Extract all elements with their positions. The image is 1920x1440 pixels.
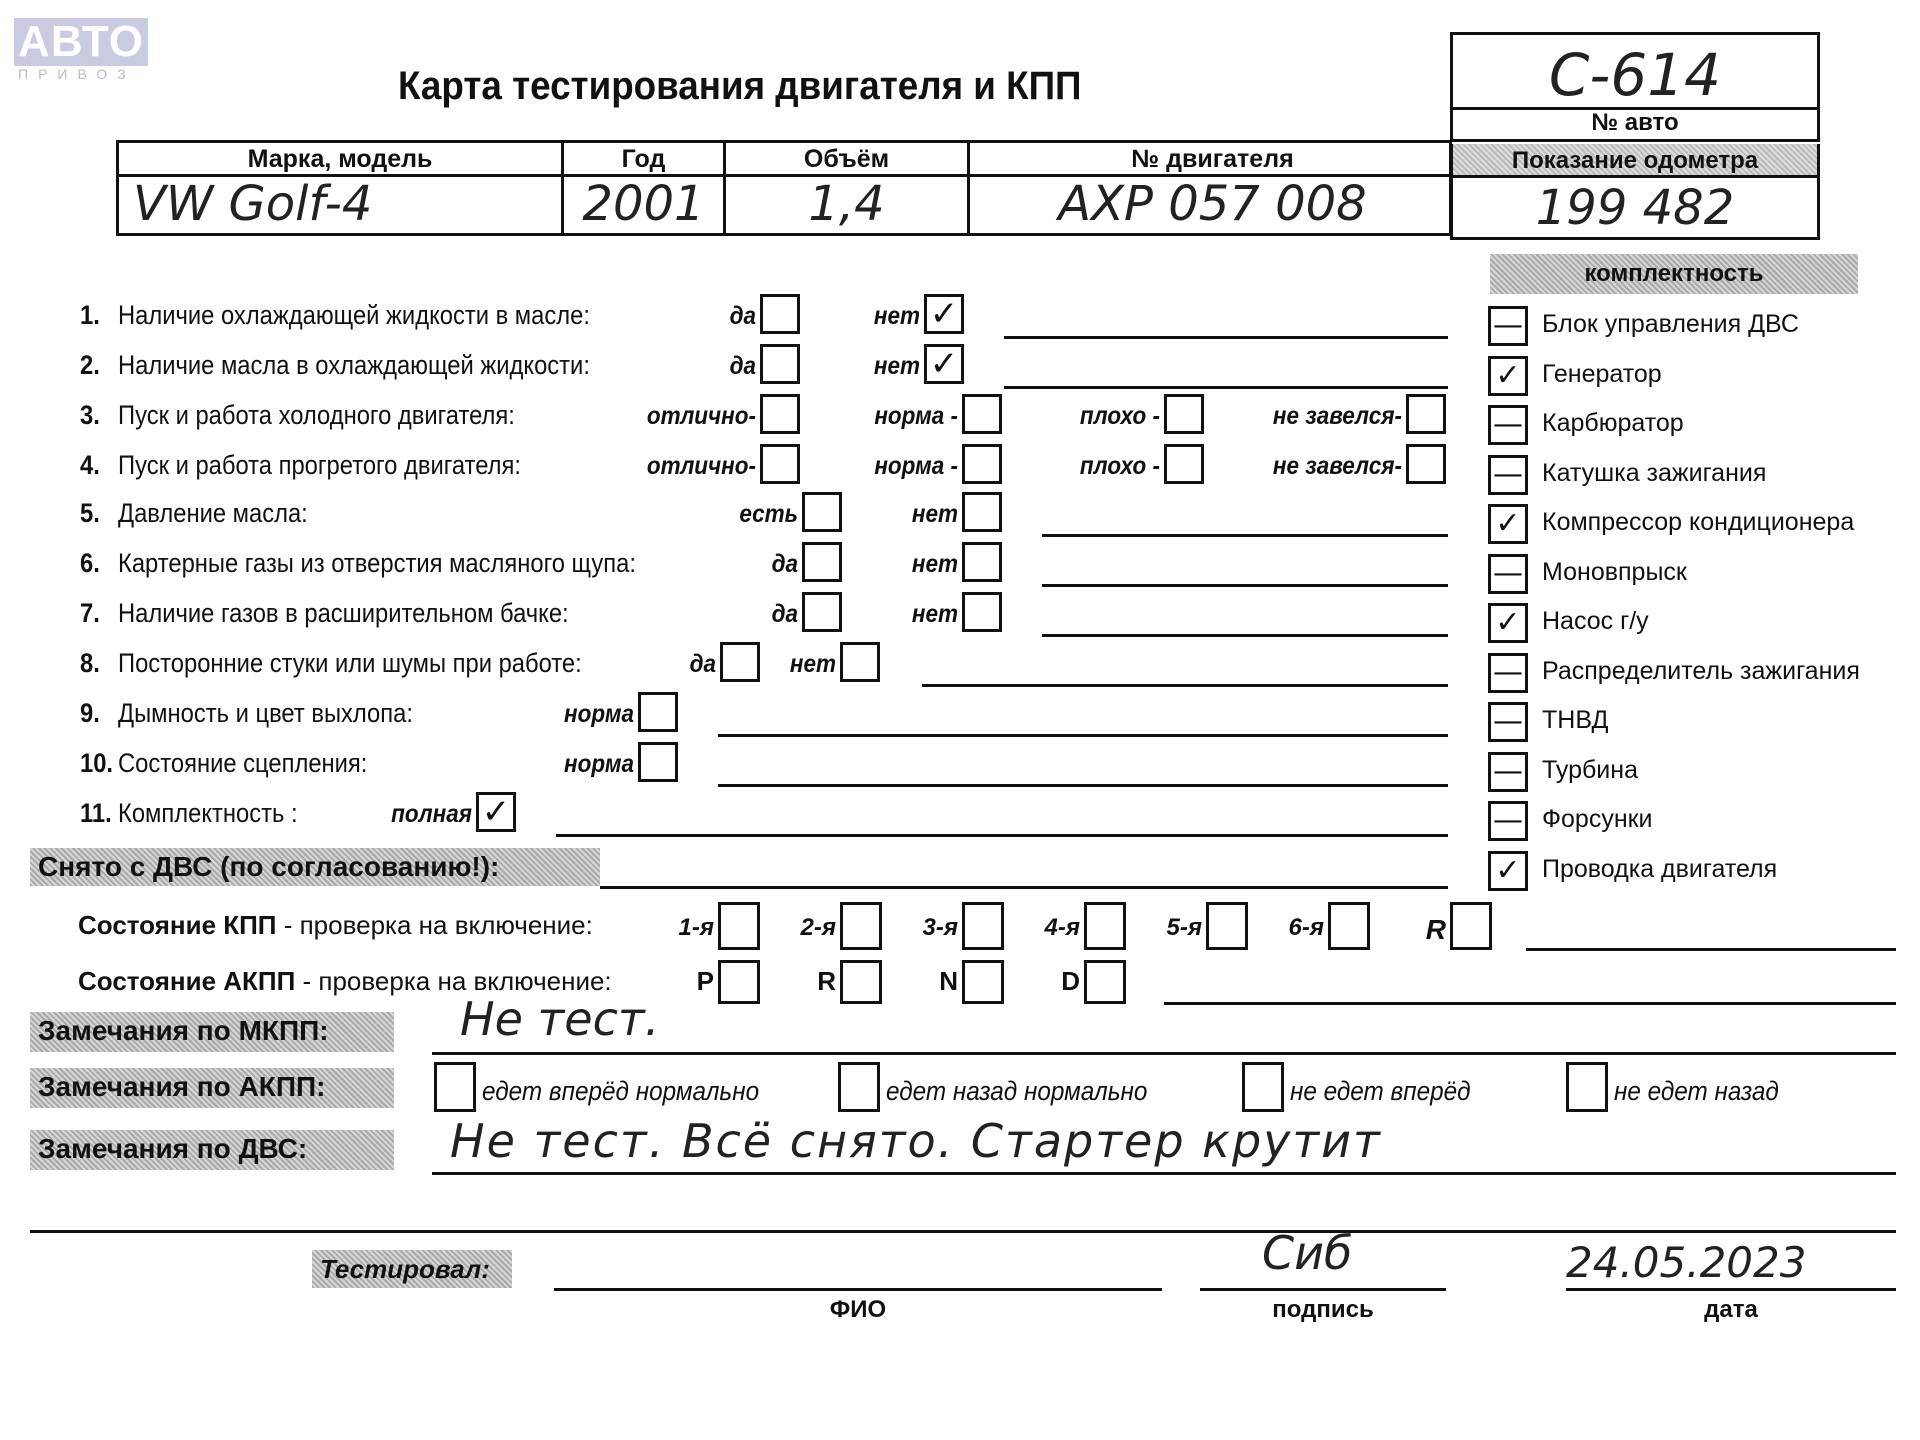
option-label: нет (744, 352, 920, 381)
akpp-remark-label: не едет вперёд (1290, 1076, 1471, 1107)
akpp-remark-label: едет назад нормально (886, 1076, 1147, 1107)
option-label: отлично- (580, 402, 756, 431)
header-volume: Объём (726, 143, 967, 175)
kpp-gear-checkbox[interactable] (1328, 902, 1370, 950)
kpp-gear-checkbox[interactable] (1084, 902, 1126, 950)
value-engine-number[interactable]: AXP 057 008 (970, 175, 1455, 233)
akpp-remark-checkbox[interactable] (1566, 1062, 1608, 1112)
kit-checkbox-dash[interactable]: — (1488, 653, 1528, 693)
question-text: Наличие газов в расширительном бачке: (118, 598, 569, 629)
kit-checkbox-checked[interactable]: ✓ (1488, 356, 1528, 396)
remarks-dvs-line (432, 1172, 1896, 1175)
kpp-notes-field[interactable] (1526, 948, 1896, 951)
checkbox[interactable] (638, 692, 678, 732)
signature-field (1200, 1288, 1446, 1291)
kit-item-label: ТНВД (1542, 706, 1608, 735)
question-text: Посторонние стуки или шумы при работе: (118, 648, 582, 679)
notes-line[interactable] (1042, 584, 1448, 587)
question-text: Пуск и работа прогретого двигателя: (118, 450, 521, 481)
odometer-label: Показание одометра (1450, 144, 1820, 178)
date-field (1566, 1288, 1896, 1291)
akpp-gear-label: R (800, 966, 836, 997)
checkbox[interactable] (962, 492, 1002, 532)
notes-line[interactable] (556, 834, 1448, 837)
kpp-label: Состояние КПП - проверка на включение: (78, 910, 593, 941)
kit-checkbox-checked[interactable]: ✓ (1488, 851, 1528, 891)
remarks-mkpp-label: Замечания по МКПП: (30, 1012, 394, 1052)
option-label: плохо - (984, 402, 1160, 431)
akpp-remark-checkbox[interactable] (838, 1062, 880, 1112)
question-text: Наличие масла в охлаждающей жидкости: (118, 350, 590, 381)
akpp-notes-field[interactable] (1164, 1002, 1896, 1005)
kit-checkbox-checked[interactable]: ✓ (1488, 603, 1528, 643)
question-text: Пуск и работа холодного двигателя: (118, 400, 515, 431)
col-make-model: Марка, модель VW Golf-4 (119, 143, 564, 233)
kit-title: комплектность (1490, 254, 1858, 294)
kit-item-label: Проводка двигателя (1542, 855, 1777, 884)
kit-checkbox-checked[interactable]: ✓ (1488, 504, 1528, 544)
option-label: не завелся- (1226, 402, 1402, 431)
kit-item-label: Моновпрыск (1542, 558, 1687, 587)
akpp-gear-label: P (678, 966, 714, 997)
header-year: Год (564, 143, 723, 175)
question-number: 8. (80, 648, 100, 679)
kpp-gear-label: 6-я (1258, 914, 1324, 942)
kit-checkbox-dash[interactable]: — (1488, 405, 1528, 445)
kpp-label-rest: - проверка на включение: (277, 910, 593, 940)
option-label: нет (782, 500, 958, 529)
question-number: 6. (80, 548, 100, 579)
kit-item-label: Турбина (1542, 756, 1638, 785)
date-value[interactable]: 24.05.2023 (1566, 1238, 1806, 1287)
question-text: Дымность и цвет выхлопа: (118, 698, 413, 729)
car-number-box: С-614 № авто (1450, 32, 1820, 142)
option-label: плохо - (984, 452, 1160, 481)
kit-item-label: Карбюратор (1542, 409, 1684, 438)
kit-checkbox-dash[interactable]: — (1488, 554, 1528, 594)
kpp-gear-checkbox[interactable] (1450, 902, 1492, 950)
question-text: Наличие охлаждающей жидкости в масле: (118, 300, 590, 331)
akpp-label-bold: Состояние АКПП (78, 966, 295, 996)
question-number: 10. (80, 748, 113, 779)
option-label: есть (622, 500, 798, 529)
question-number: 7. (80, 598, 100, 629)
kit-item-label: Генератор (1542, 360, 1662, 389)
option-label: нет (782, 600, 958, 629)
notes-line[interactable] (922, 684, 1448, 687)
car-number-label: № авто (1453, 109, 1817, 137)
option-label: да (580, 302, 756, 331)
kit-checkbox-dash[interactable]: — (1488, 801, 1528, 841)
question-number: 2. (80, 350, 100, 381)
col-year: Год 2001 (564, 143, 726, 233)
checkbox[interactable] (1406, 444, 1446, 484)
kpp-gear-checkbox[interactable] (962, 902, 1004, 950)
notes-line[interactable] (1004, 386, 1448, 389)
date-label: дата (1566, 1296, 1896, 1324)
kit-item-label: Компрессор кондиционера (1542, 508, 1854, 537)
logo: АВТО (14, 18, 148, 66)
option-label: нет (782, 550, 958, 579)
vehicle-info-table: Марка, модель VW Golf-4 Год 2001 Объём 1… (116, 140, 1452, 236)
notes-line[interactable] (718, 784, 1448, 787)
notes-line[interactable] (1004, 336, 1448, 339)
notes-line[interactable] (1042, 534, 1448, 537)
value-year[interactable]: 2001 (564, 175, 723, 233)
question-number: 9. (80, 698, 100, 729)
option-label: полная (296, 800, 472, 829)
option-label: да (622, 600, 798, 629)
col-engine-number: № двигателя AXP 057 008 (970, 143, 1455, 233)
checkbox[interactable] (1164, 444, 1204, 484)
question-text: Давление масла: (118, 498, 308, 529)
kit-item-label: Насос г/у (1542, 607, 1649, 636)
col-volume: Объём 1,4 (726, 143, 970, 233)
kit-item-label: Катушка зажигания (1542, 459, 1766, 488)
kpp-gear-label: 4-я (1014, 914, 1080, 942)
removed-from-engine-field[interactable] (600, 886, 1448, 889)
odometer-value[interactable]: 199 482 (1450, 178, 1820, 240)
kpp-gear-label: 3-я (892, 914, 958, 942)
akpp-gear-label: D (1044, 966, 1080, 997)
fio-label: ФИО (554, 1296, 1162, 1324)
car-number-value[interactable]: С-614 (1453, 35, 1817, 110)
removed-from-engine-label: Снято с ДВС (по согласованию!): (30, 848, 600, 886)
kpp-gear-label: 1-я (648, 914, 714, 942)
signature-value[interactable]: Сиб (1262, 1226, 1352, 1280)
option-label: нет (660, 650, 836, 679)
kpp-gear-label: 5-я (1136, 914, 1202, 942)
option-label: да (580, 352, 756, 381)
akpp-gear-checkbox[interactable] (962, 960, 1004, 1004)
divider (30, 1230, 1896, 1233)
option-label: нет (744, 302, 920, 331)
checkbox[interactable] (962, 592, 1002, 632)
checkbox[interactable] (638, 742, 678, 782)
question-number: 1. (80, 300, 100, 331)
question-text: Состояние сцепления: (118, 748, 367, 779)
tested-by-label: Тестировал: (312, 1250, 512, 1288)
page-title: Карта тестирования двигателя и КПП (398, 64, 1081, 109)
kpp-gear-label: 2-я (770, 914, 836, 942)
notes-line[interactable] (1042, 634, 1448, 637)
option-label: да (622, 550, 798, 579)
checkbox-checked[interactable]: ✓ (476, 792, 516, 832)
kpp-gear-checkbox[interactable] (840, 902, 882, 950)
notes-line[interactable] (718, 734, 1448, 737)
question-text: Комплектность : (118, 798, 298, 829)
remarks-akpp-label: Замечания по АКПП: (30, 1068, 394, 1108)
question-number: 11. (80, 798, 112, 829)
kpp-gear-checkbox[interactable] (1206, 902, 1248, 950)
question-text: Картерные газы из отверстия масляного щу… (118, 548, 636, 579)
remarks-dvs-label: Замечания по ДВС: (30, 1130, 394, 1170)
checkbox-checked[interactable]: ✓ (924, 294, 964, 334)
header-engine-number: № двигателя (970, 143, 1455, 175)
kit-checkbox-dash[interactable]: — (1488, 702, 1528, 742)
logo-subtitle: ПРИВОЗ (18, 66, 136, 82)
signature-label: подпись (1200, 1296, 1446, 1324)
kit-item-label: Распределитель зажигания (1542, 657, 1860, 686)
option-label: норма - (782, 402, 958, 431)
kpp-gear-checkbox[interactable] (718, 902, 760, 950)
akpp-remark-checkbox[interactable] (434, 1062, 476, 1112)
remarks-dvs-value[interactable]: Не тест. Всё снято. Стартер крутит (450, 1114, 1382, 1168)
option-label: норма - (782, 452, 958, 481)
option-label: норма (458, 750, 634, 779)
checkbox-checked[interactable]: ✓ (924, 344, 964, 384)
akpp-remark-checkbox[interactable] (1242, 1062, 1284, 1112)
remarks-mkpp-value[interactable]: Не тест. (460, 992, 659, 1046)
question-number: 4. (80, 450, 100, 481)
akpp-remark-label: не едет назад (1614, 1076, 1779, 1107)
value-volume[interactable]: 1,4 (726, 175, 967, 233)
kit-item-label: Блок управления ДВС (1542, 310, 1799, 339)
question-number: 5. (80, 498, 100, 529)
kit-checkbox-dash[interactable]: — (1488, 455, 1528, 495)
kit-checkbox-dash[interactable]: — (1488, 752, 1528, 792)
option-label: отлично- (580, 452, 756, 481)
kpp-gear-label: R (1380, 914, 1446, 946)
akpp-gear-checkbox[interactable] (718, 960, 760, 1004)
checkbox[interactable] (1164, 394, 1204, 434)
akpp-gear-checkbox[interactable] (1084, 960, 1126, 1004)
fio-field[interactable] (554, 1288, 1162, 1291)
checkbox[interactable] (840, 642, 880, 682)
option-label: не завелся- (1226, 452, 1402, 481)
header-make-model: Марка, модель (119, 143, 561, 175)
akpp-gear-checkbox[interactable] (840, 960, 882, 1004)
checkbox[interactable] (962, 542, 1002, 582)
remarks-mkpp-line (432, 1052, 1896, 1055)
akpp-gear-label: N (922, 966, 958, 997)
option-label: норма (458, 700, 634, 729)
checkbox[interactable] (1406, 394, 1446, 434)
akpp-remark-label: едет вперёд нормально (482, 1076, 759, 1107)
value-make-model[interactable]: VW Golf-4 (119, 175, 561, 233)
kpp-label-bold: Состояние КПП (78, 910, 277, 940)
kit-item-label: Форсунки (1542, 805, 1653, 834)
question-number: 3. (80, 400, 100, 431)
kit-checkbox-dash[interactable]: — (1488, 306, 1528, 346)
